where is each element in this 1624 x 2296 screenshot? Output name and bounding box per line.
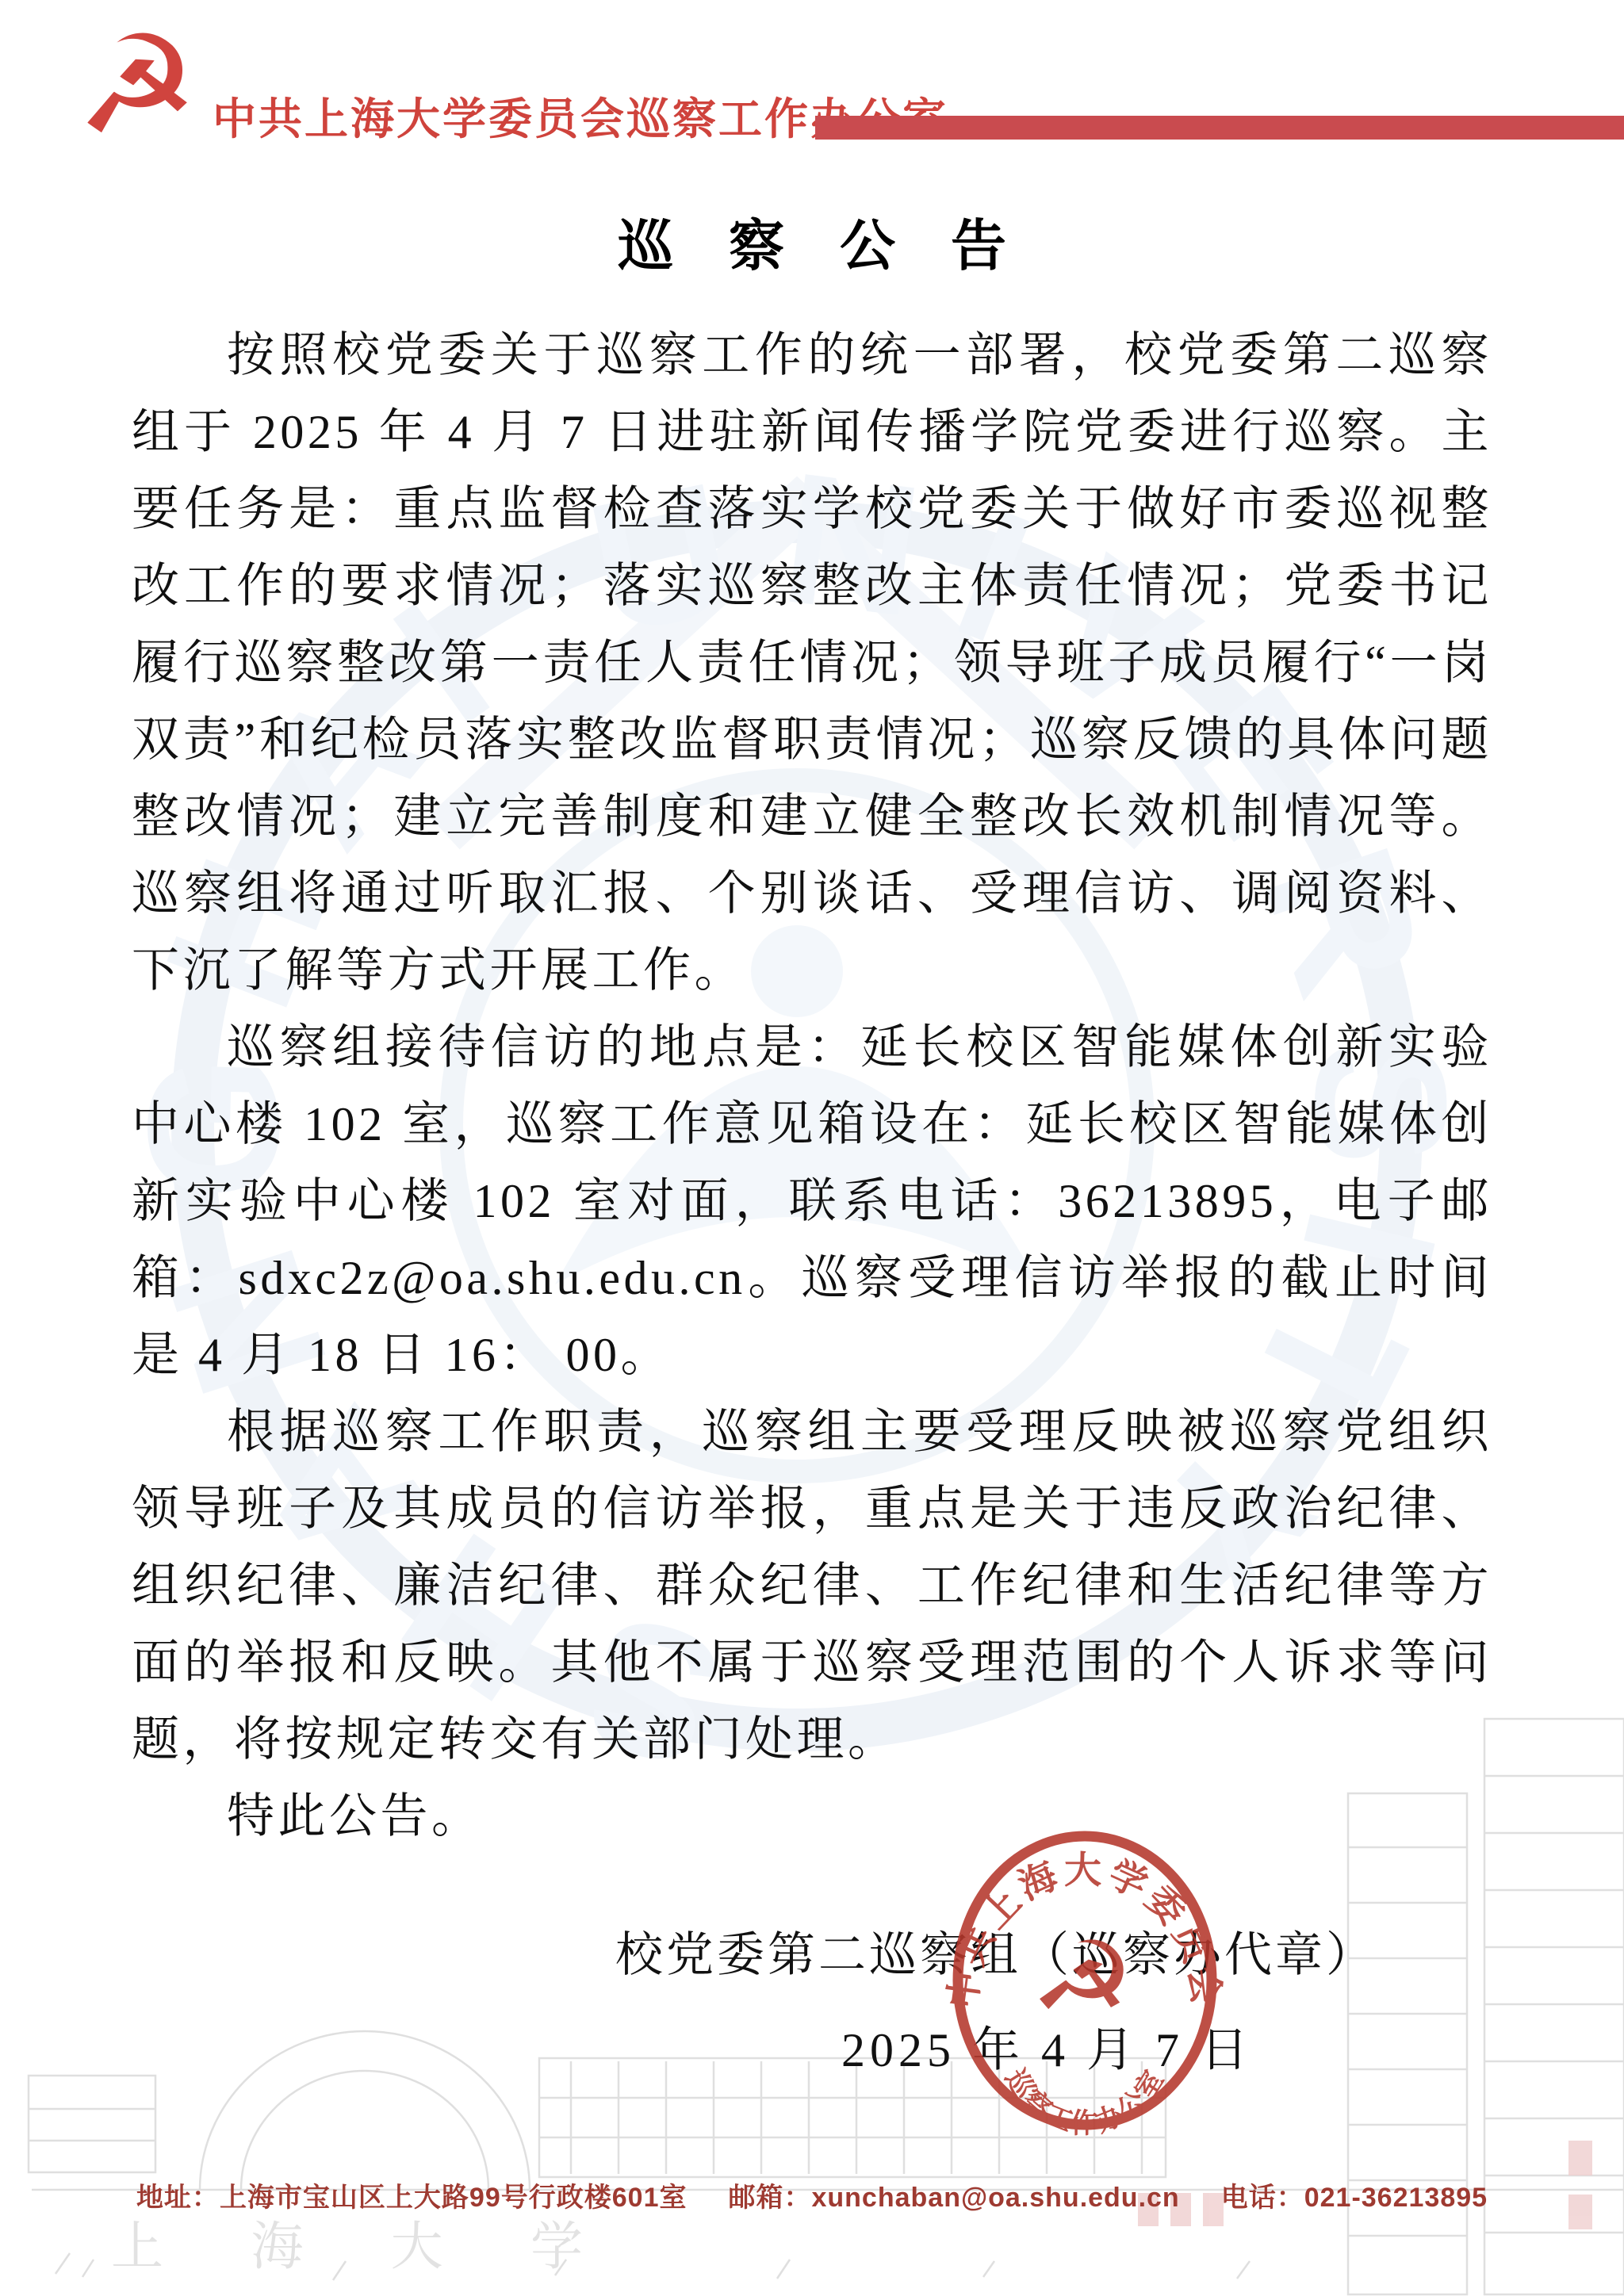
announcement-page: SHANGHAI UNIVERSITY	[0, 0, 1624, 2296]
announcement-paragraph-2: 巡察组接待信访的地点是：延长校区智能媒体创新实验中心楼 102 室，巡察工作意见…	[132, 1009, 1492, 1394]
official-seal: 中共上海大学委员会 巡察工作办公室 ☭	[945, 1823, 1224, 2137]
announcement-paragraph-1: 按照校党委关于巡察工作的统一部署，校党委第二巡察组于 2025 年 4 月 7 …	[132, 317, 1492, 1009]
footer-address-value: 上海市宝山区上大路99号行政楼601室	[220, 2183, 688, 2213]
footer-contact-line: 地址：上海市宝山区上大路99号行政楼601室邮箱：xunchaban@oa.sh…	[0, 2175, 1624, 2214]
svg-text:巡察工作办公室: 巡察工作办公室	[999, 2064, 1170, 2137]
footer-phone-value: 021-36213895	[1304, 2183, 1488, 2213]
announcement-body: 按照校党委关于巡察工作的统一部署，校党委第二巡察组于 2025 年 4 月 7 …	[132, 317, 1492, 1855]
page-title: 巡 察 公 告	[0, 201, 1624, 281]
seal-emblem-icon: ☭	[1023, 1908, 1147, 2053]
announcement-paragraph-3: 根据巡察工作职责，巡察组主要受理反映被巡察党组织领导班子及其成员的信访举报，重点…	[132, 1394, 1492, 1778]
seal-bottom-text: 巡察工作办公室	[999, 2064, 1170, 2137]
announcement-closing: 特此公告。	[132, 1778, 1492, 1855]
university-name-watermark: 上 海 大 学	[111, 2217, 619, 2275]
party-emblem-icon: ☭	[76, 17, 198, 154]
footer-mail-value: xunchaban@oa.shu.edu.cn	[811, 2183, 1179, 2213]
footer-phone-label: 电话：	[1221, 2183, 1304, 2213]
footer-address-label: 地址：	[136, 2183, 220, 2213]
header-red-bar	[815, 116, 1624, 140]
footer-mail-label: 邮箱：	[728, 2183, 811, 2213]
